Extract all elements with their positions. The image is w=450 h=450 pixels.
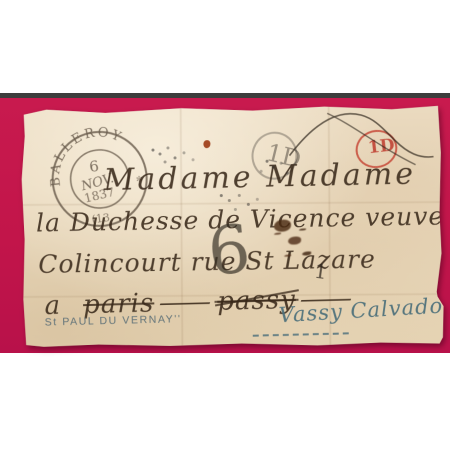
datestamp-day: 6: [88, 157, 100, 176]
ink-specks: [220, 194, 223, 197]
letter-cover: BALLEROY 6 NOV. 1837 (13 ✻ 1D 1D: [21, 105, 444, 348]
tax-mark-6: 6: [205, 216, 253, 286]
ink-specks: [151, 149, 154, 152]
manuscript-mark-1: 1: [313, 259, 329, 284]
note-st-paul-du-vernay: St PAUL DU VERNAY'': [45, 313, 182, 328]
dashed-underline: [253, 332, 349, 336]
address-line-madame: Madame Madame: [103, 157, 416, 199]
product-photo: BALLEROY 6 NOV. 1837 (13 ✻ 1D 1D: [0, 0, 450, 450]
ink-specks: [266, 160, 269, 163]
letter-paper: BALLEROY 6 NOV. 1837 (13 ✻ 1D 1D: [21, 105, 444, 348]
wax-spot: [203, 140, 210, 148]
